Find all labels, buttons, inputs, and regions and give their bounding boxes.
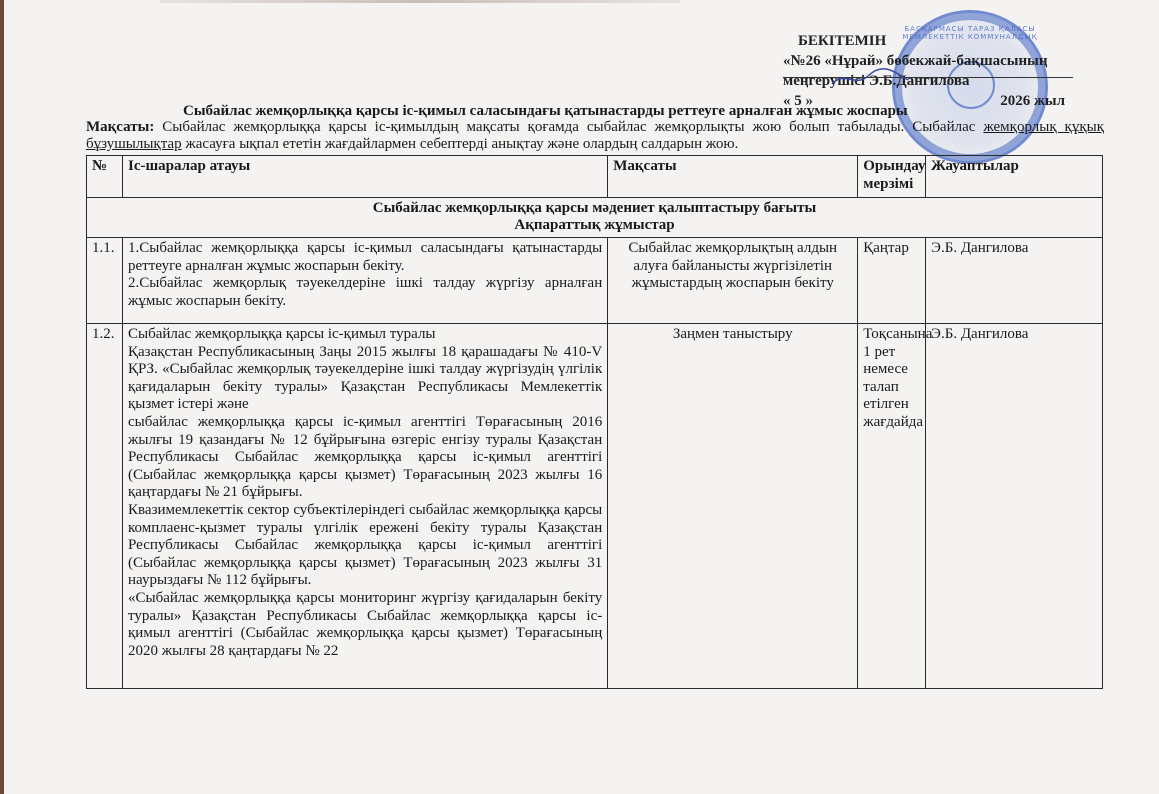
cell-goal: Заңмен таныстыру [608, 324, 858, 689]
approval-position: меңгерушісі Э.Б.Дангилова [783, 71, 1083, 91]
approval-title: БЕКІТЕМІН [783, 31, 1083, 51]
activity-line: 2.Сыбайлас жемқорлық тәуекелдеріне ішкі … [128, 275, 602, 310]
approval-organization: «№26 «Нұрай» бөбекжай-бақшасының [783, 51, 1083, 71]
table-row: 1.1. 1.Сыбайлас жемқорлыққа қарсы іс-қим… [87, 238, 1103, 324]
activity-line: 1.Сыбайлас жемқорлыққа қарсы іс-қимыл са… [128, 240, 602, 275]
approval-block: БЕКІТЕМІН «№26 «Нұрай» бөбекжай-бақшасын… [783, 31, 1083, 111]
goal-text: Сыбайлас жемқорлыққа қарсы іс-қимылдың м… [154, 119, 983, 135]
header-name: Іс-шаралар атауы [123, 156, 608, 198]
cell-num: 1.2. [87, 324, 123, 689]
section-title: Сыбайлас жемқорлыққа қарсы мәдениет қалы… [92, 200, 1097, 217]
goal-label: Мақсаты: [86, 119, 154, 135]
activity-line: Қазақстан Республикасының Заңы 2015 жылғ… [128, 344, 602, 414]
header-term: Орындау мерзімі [858, 156, 926, 198]
header-responsible: Жауаптылар [926, 156, 1103, 198]
signature-icon [830, 62, 910, 92]
approval-date-year: 2026 жыл [1000, 91, 1065, 111]
signature-underline [783, 77, 1073, 78]
cell-name: 1.Сыбайлас жемқорлыққа қарсы іс-қимыл са… [123, 238, 608, 324]
cell-term: Тоқсанына 1 рет немесе талап етілген жағ… [858, 324, 926, 689]
activity-line: сыбайлас жемқорлыққа қарсы іс-қимыл аген… [128, 414, 602, 502]
cell-goal: Сыбайлас жемқорлықтың алдын алуға байлан… [608, 238, 858, 324]
document-goal: Мақсаты: Сыбайлас жемқорлыққа қарсы іс-қ… [86, 119, 1104, 153]
activity-line: Сыбайлас жемқорлыққа қарсы іс-қимыл тура… [128, 326, 602, 344]
section-row: Сыбайлас жемқорлыққа қарсы мәдениет қалы… [87, 198, 1103, 238]
work-plan-table: № Іс-шаралар атауы Мақсаты Орындау мерзі… [86, 155, 1103, 689]
cell-num: 1.1. [87, 238, 123, 324]
goal-text-end: жасауға ықпал ететін жағдайлармен себепт… [182, 136, 739, 152]
activity-line: Квазимемлекеттік сектор субъектілеріндег… [128, 502, 602, 590]
cell-responsible: Э.Б. Дангилова [926, 238, 1103, 324]
activity-line: «Сыбайлас жемқорлыққа қарсы мониторинг ж… [128, 590, 602, 660]
cell-responsible: Э.Б. Дангилова [926, 324, 1103, 689]
document-title: Сыбайлас жемқорлыққа қарсы іс-қимыл сала… [183, 103, 908, 120]
scan-shadow [160, 0, 680, 3]
table-row: 1.2. Сыбайлас жемқорлыққа қарсы іс-қимыл… [87, 324, 1103, 689]
header-num: № [87, 156, 123, 198]
table-header-row: № Іс-шаралар атауы Мақсаты Орындау мерзі… [87, 156, 1103, 198]
cell-term: Қаңтар [858, 238, 926, 324]
header-goal: Мақсаты [608, 156, 858, 198]
section-subtitle: Ақпараттық жұмыстар [92, 217, 1097, 234]
cell-name: Сыбайлас жемқорлыққа қарсы іс-қимыл тура… [123, 324, 608, 689]
page-edge [0, 0, 4, 794]
section-heading: Сыбайлас жемқорлыққа қарсы мәдениет қалы… [87, 198, 1103, 238]
